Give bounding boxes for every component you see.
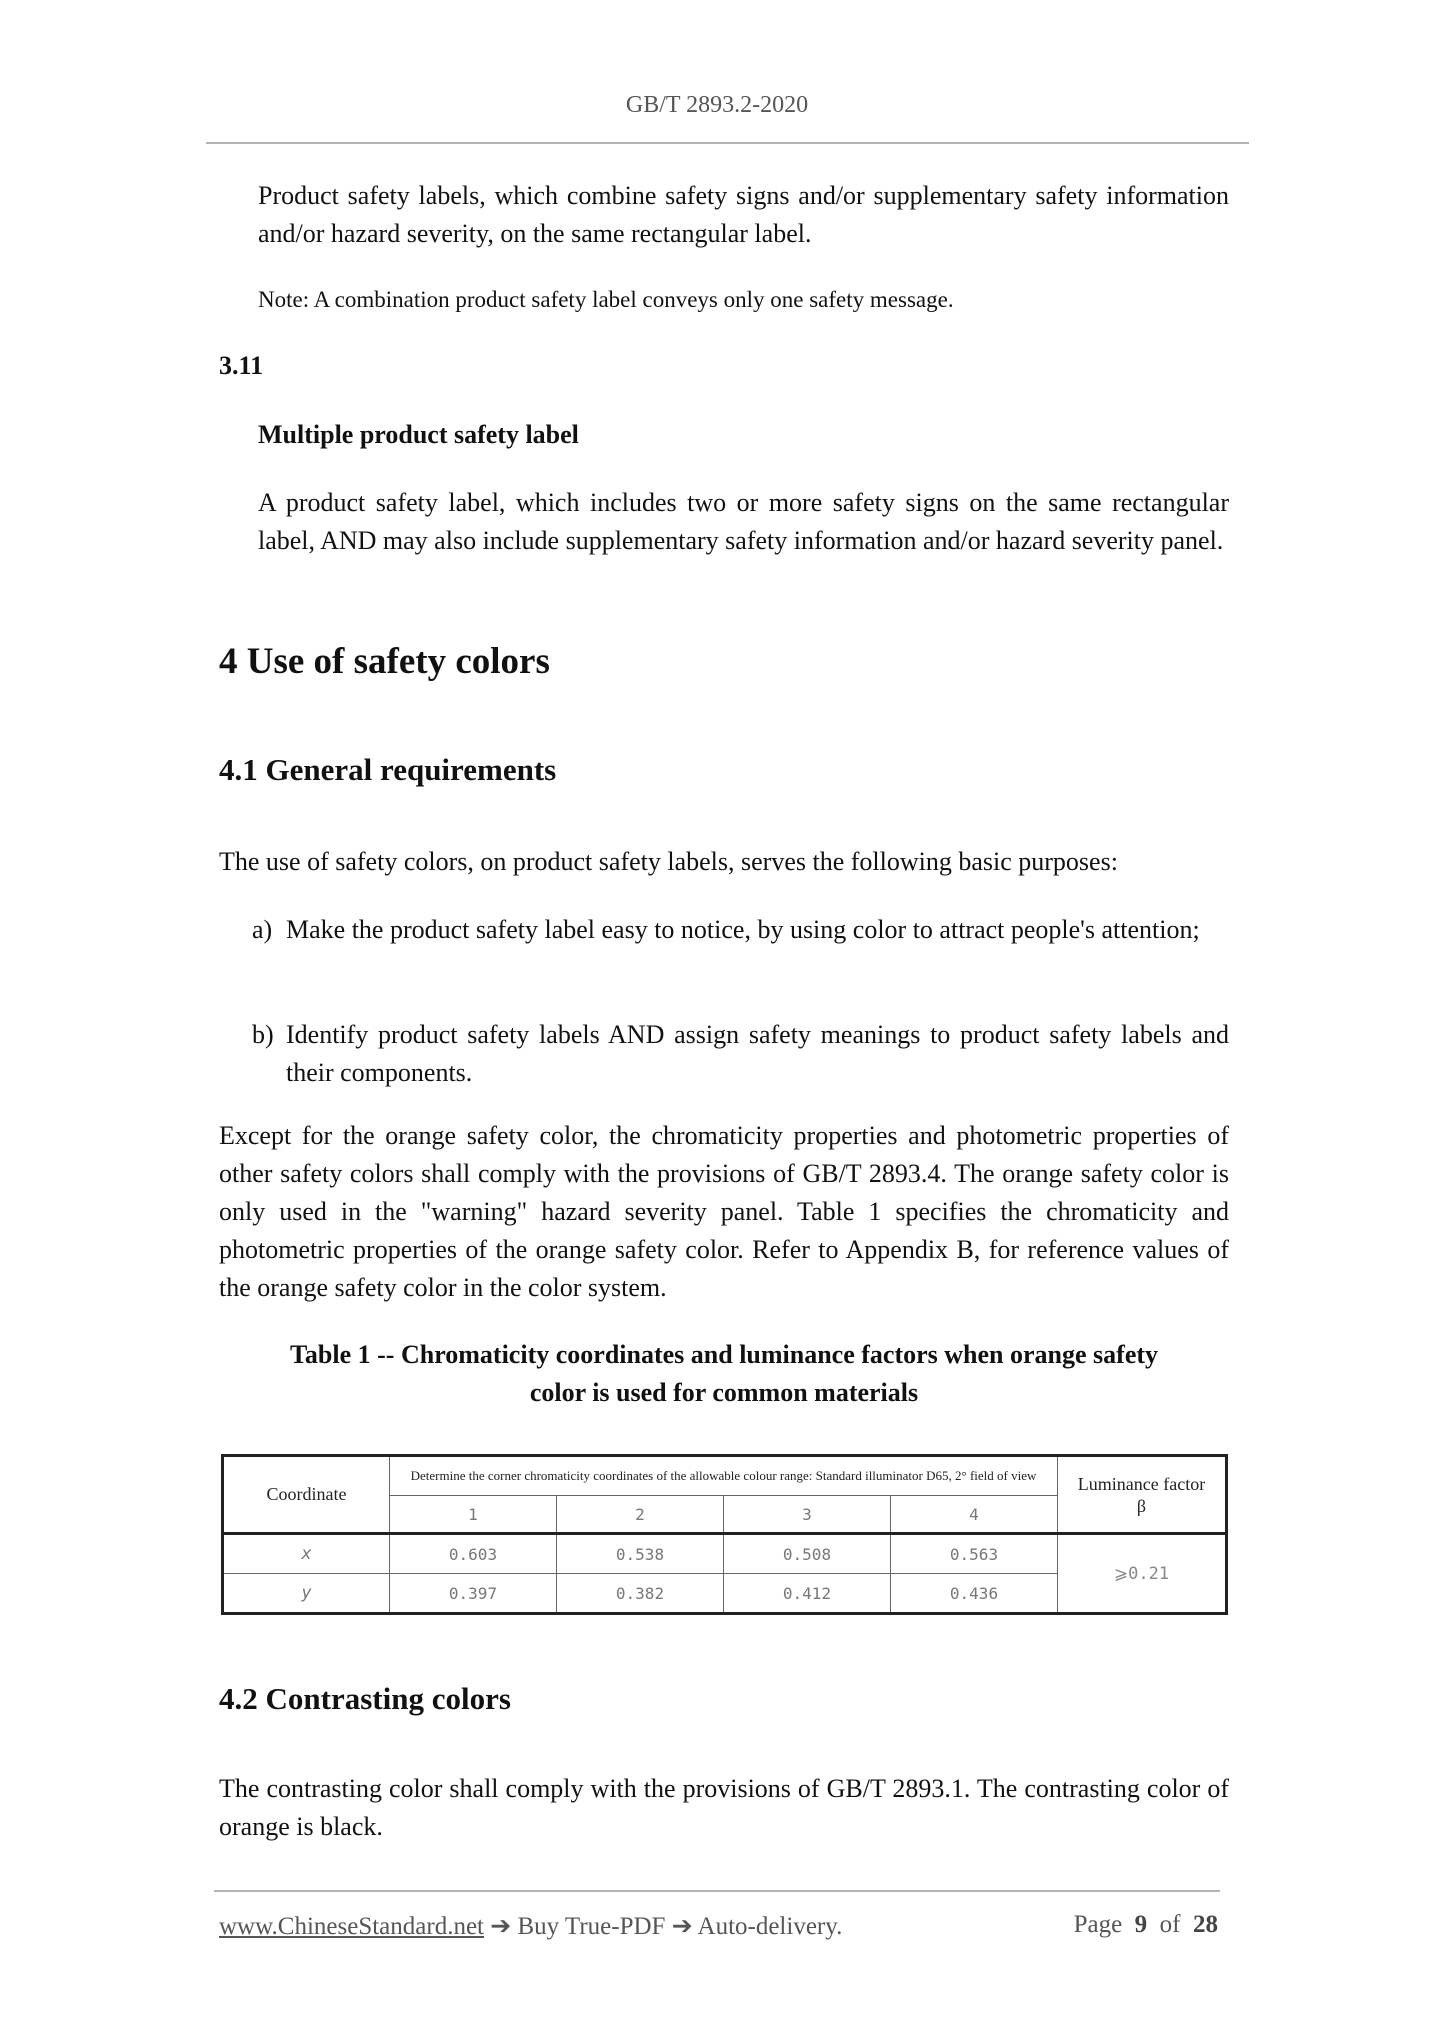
- header-point-4: 4: [891, 1496, 1058, 1534]
- footer-promo: www.ChineseStandard.net ➔ Buy True-PDF ➔…: [219, 1911, 842, 1941]
- definition-3-11: A product safety label, which includes t…: [258, 484, 1229, 560]
- definition-3-10: Product safety labels, which combine saf…: [258, 177, 1229, 253]
- cell-x-3: 0.508: [724, 1534, 891, 1574]
- header-coordinate: Coordinate: [223, 1456, 390, 1534]
- cell-y-3: 0.412: [724, 1574, 891, 1614]
- cell-x-2: 0.538: [557, 1534, 724, 1574]
- header-chromaticity-group: Determine the corner chromaticity coordi…: [390, 1456, 1058, 1496]
- paragraph-safety-colors: Except for the orange safety color, the …: [219, 1117, 1229, 1307]
- list-item-b: b) Identify product safety labels AND as…: [252, 1016, 1229, 1092]
- header-point-3: 3: [724, 1496, 891, 1534]
- cell-x-4: 0.563: [891, 1534, 1058, 1574]
- row-label-y: y: [223, 1574, 390, 1614]
- cell-y-1: 0.397: [390, 1574, 557, 1614]
- section-heading-4: 4 Use of safety colors: [219, 640, 550, 683]
- of-word: of: [1160, 1911, 1181, 1938]
- header-point-1: 1: [390, 1496, 557, 1534]
- website-link[interactable]: www.ChineseStandard.net: [219, 1913, 484, 1940]
- table-caption-line-1: Table 1 -- Chromaticity coordinates and …: [219, 1336, 1229, 1374]
- list-marker: a): [252, 911, 272, 949]
- section-heading-4-2: 4.2 Contrasting colors: [219, 1681, 511, 1717]
- cell-x-1: 0.603: [390, 1534, 557, 1574]
- buy-text: Buy True-PDF: [517, 1913, 665, 1940]
- header-luminance: Luminance factor β: [1058, 1456, 1227, 1534]
- list-item-a: a) Make the product safety label easy to…: [252, 911, 1229, 949]
- arrow-right-icon: ➔: [672, 1913, 693, 1940]
- table-1: Coordinate Determine the corner chromati…: [221, 1454, 1228, 1615]
- page-current: 9: [1135, 1911, 1148, 1938]
- arrow-right-icon: ➔: [490, 1913, 511, 1940]
- list-text: Identify product safety labels AND assig…: [252, 1016, 1229, 1092]
- list-text: Make the product safety label easy to no…: [252, 911, 1229, 949]
- page-word: Page: [1074, 1911, 1123, 1938]
- table-caption-line-2: color is used for common materials: [219, 1374, 1229, 1412]
- cell-y-4: 0.436: [891, 1574, 1058, 1614]
- cell-y-2: 0.382: [557, 1574, 724, 1614]
- table-row: x 0.603 0.538 0.508 0.563 ⩾0.21: [223, 1534, 1227, 1574]
- term-3-11: Multiple product safety label: [258, 420, 579, 450]
- header-point-2: 2: [557, 1496, 724, 1534]
- table-caption: Table 1 -- Chromaticity coordinates and …: [219, 1336, 1229, 1412]
- footer-divider: [214, 1890, 1220, 1892]
- page-total: 28: [1193, 1911, 1218, 1938]
- header-luminance-label: Luminance factor: [1058, 1473, 1225, 1495]
- list-marker: b): [252, 1016, 274, 1054]
- header-luminance-symbol: β: [1058, 1495, 1225, 1517]
- delivery-text: Auto-delivery.: [698, 1913, 843, 1940]
- header-divider: [206, 142, 1249, 144]
- intro-4-1: The use of safety colors, on product saf…: [219, 843, 1229, 881]
- running-header: GB/T 2893.2-2020: [0, 92, 1434, 119]
- note-3-10: Note: A combination product safety label…: [258, 285, 954, 315]
- paragraph-contrasting-colors: The contrasting color shall comply with …: [219, 1770, 1229, 1846]
- page-indicator: Page 9 of 28: [1000, 1911, 1218, 1939]
- row-label-x: x: [223, 1534, 390, 1574]
- clause-number-3-11: 3.11: [219, 351, 263, 381]
- cell-luminance-value: ⩾0.21: [1058, 1534, 1227, 1614]
- section-heading-4-1: 4.1 General requirements: [219, 752, 556, 788]
